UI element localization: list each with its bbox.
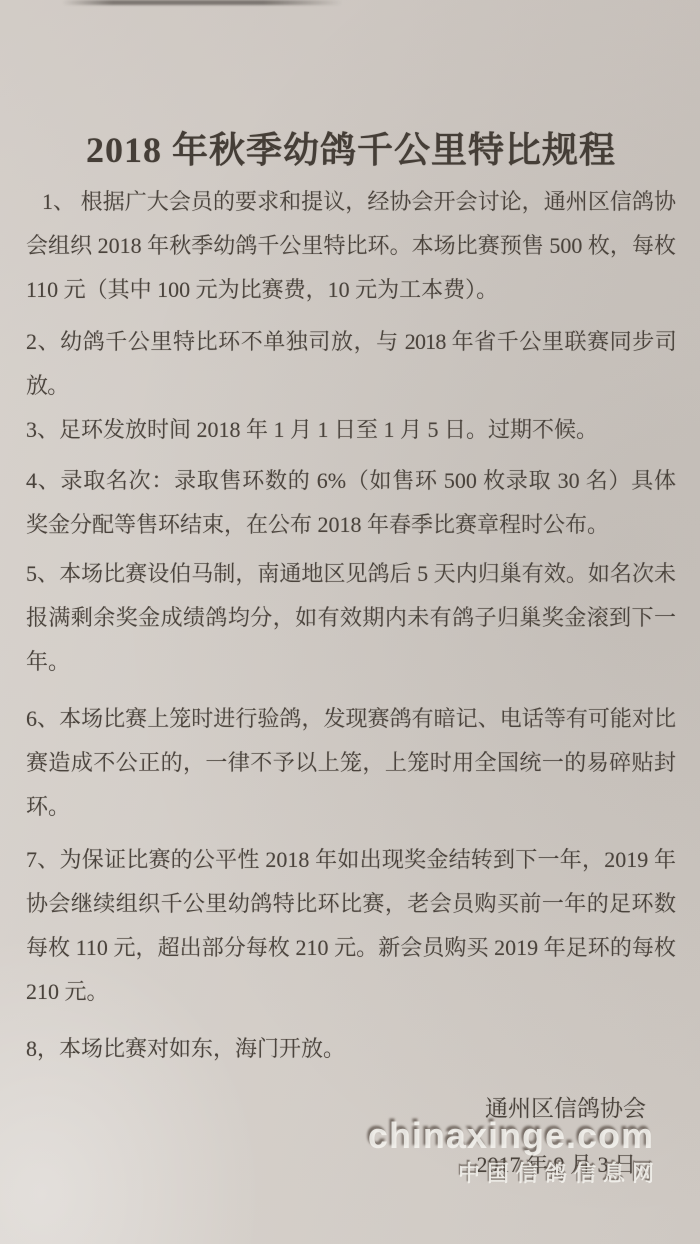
rule-paragraph-8: 8，本场比赛对如东，海门开放。	[26, 1027, 676, 1071]
signature-organization: 通州区信鸽协会	[26, 1087, 676, 1131]
rule-paragraph-6: 6、本场比赛上笼时进行验鸽，发现赛鸽有暗记、电话等有可能对比赛造成不公正的，一律…	[26, 697, 676, 829]
rule-paragraph-3: 3、足环发放时间 2018 年 1 月 1 日至 1 月 5 日。过期不候。	[26, 408, 676, 452]
rule-paragraph-5: 5、本场比赛设伯马制，南通地区见鸽后 5 天内归巢有效。如名次未报满剩余奖金成绩…	[26, 552, 676, 684]
signature-date: 2017 年 9 月 3 日	[26, 1143, 676, 1187]
rule-paragraph-1: 1、 根据广大会员的要求和提议，经协会开会讨论，通州区信鸽协会组织 2018 年…	[26, 180, 676, 312]
rule-paragraph-4: 4、录取名次：录取售环数的 6%（如售环 500 枚录取 30 名）具体奖金分配…	[26, 459, 676, 547]
rule-paragraph-7: 7、为保证比赛的公平性 2018 年如出现奖金结转到下一年，2019 年协会继续…	[26, 838, 676, 1014]
photographed-document: 2018 年秋季幼鸽千公里特比规程 1、 根据广大会员的要求和提议，经协会开会讨…	[0, 0, 700, 1244]
document-body: 2018 年秋季幼鸽千公里特比规程 1、 根据广大会员的要求和提议，经协会开会讨…	[0, 0, 700, 1187]
rule-paragraph-2: 2、幼鸽千公里特比环不单独司放，与 2018 年省千公里联赛同步司放。	[26, 320, 676, 408]
document-title: 2018 年秋季幼鸽千公里特比规程	[26, 128, 676, 172]
